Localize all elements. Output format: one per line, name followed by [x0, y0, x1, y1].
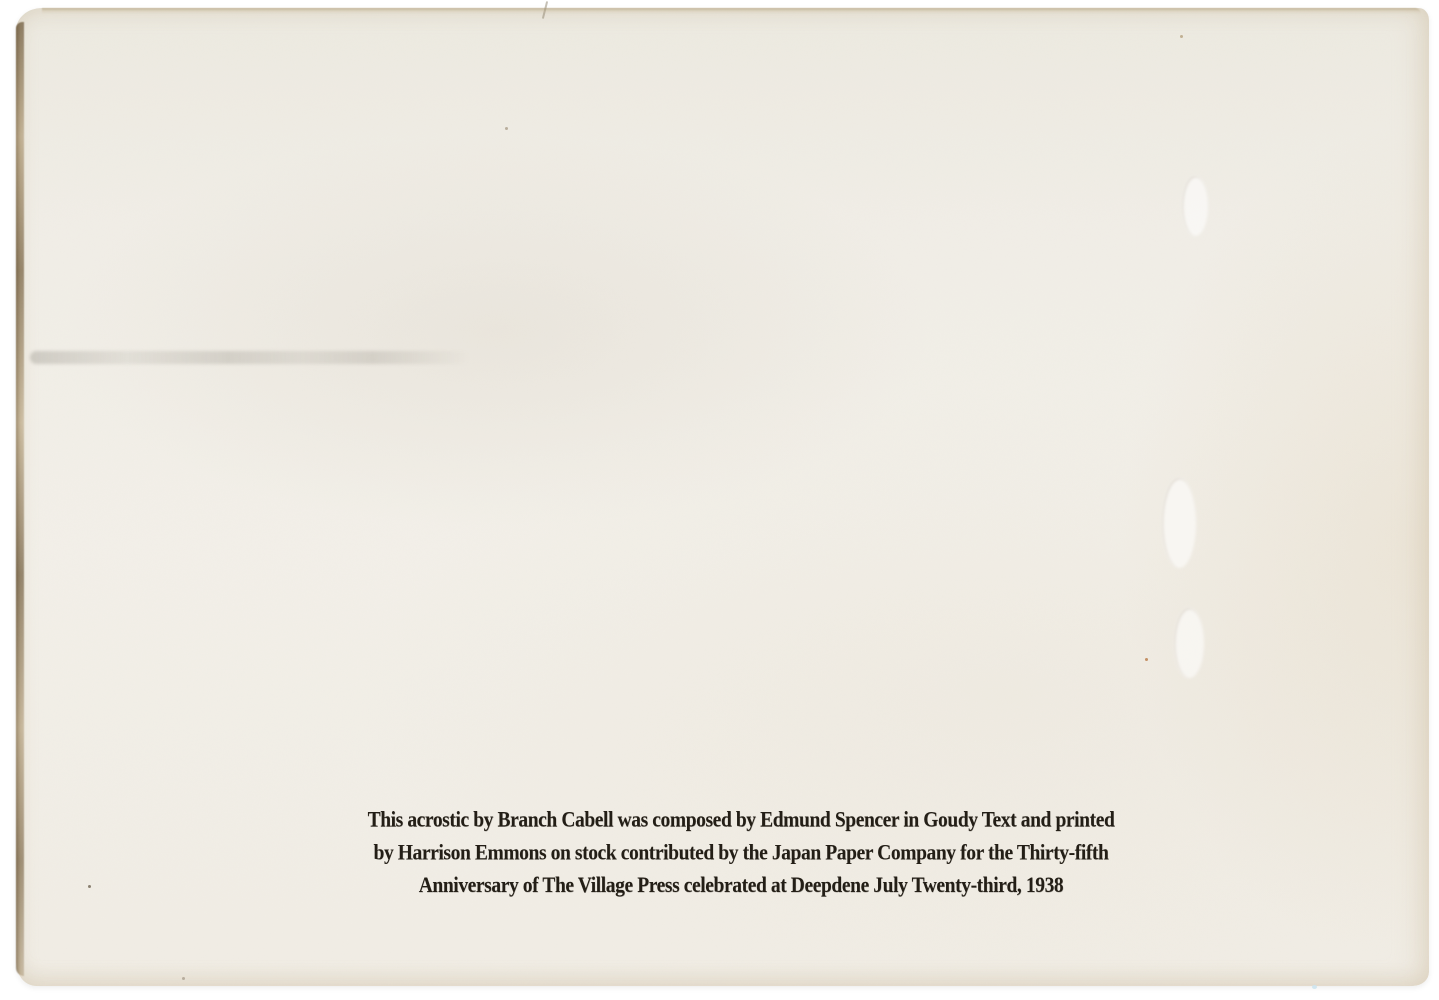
- scanned-page: This acrostic by Branch Cabell was compo…: [0, 0, 1439, 1000]
- colophon-line-2: by Harrison Emmons on stock contributed …: [311, 837, 1171, 870]
- speck: [1180, 35, 1183, 38]
- emboss-mark: [1182, 176, 1208, 236]
- speck: [1312, 985, 1317, 989]
- colophon-line-3: Anniversary of The Village Press celebra…: [311, 870, 1171, 903]
- emboss-mark: [1174, 608, 1204, 678]
- emboss-mark: [1162, 478, 1196, 568]
- speck: [88, 885, 91, 888]
- colophon-text: This acrostic by Branch Cabell was compo…: [311, 804, 1171, 902]
- colophon-line-1: This acrostic by Branch Cabell was compo…: [311, 804, 1171, 837]
- graphite-smudge: [30, 351, 470, 364]
- paper-fiber: [542, 1, 548, 19]
- paper-sheet: This acrostic by Branch Cabell was compo…: [16, 8, 1429, 986]
- speck: [505, 127, 508, 130]
- speck: [1145, 658, 1148, 661]
- speck: [182, 977, 185, 980]
